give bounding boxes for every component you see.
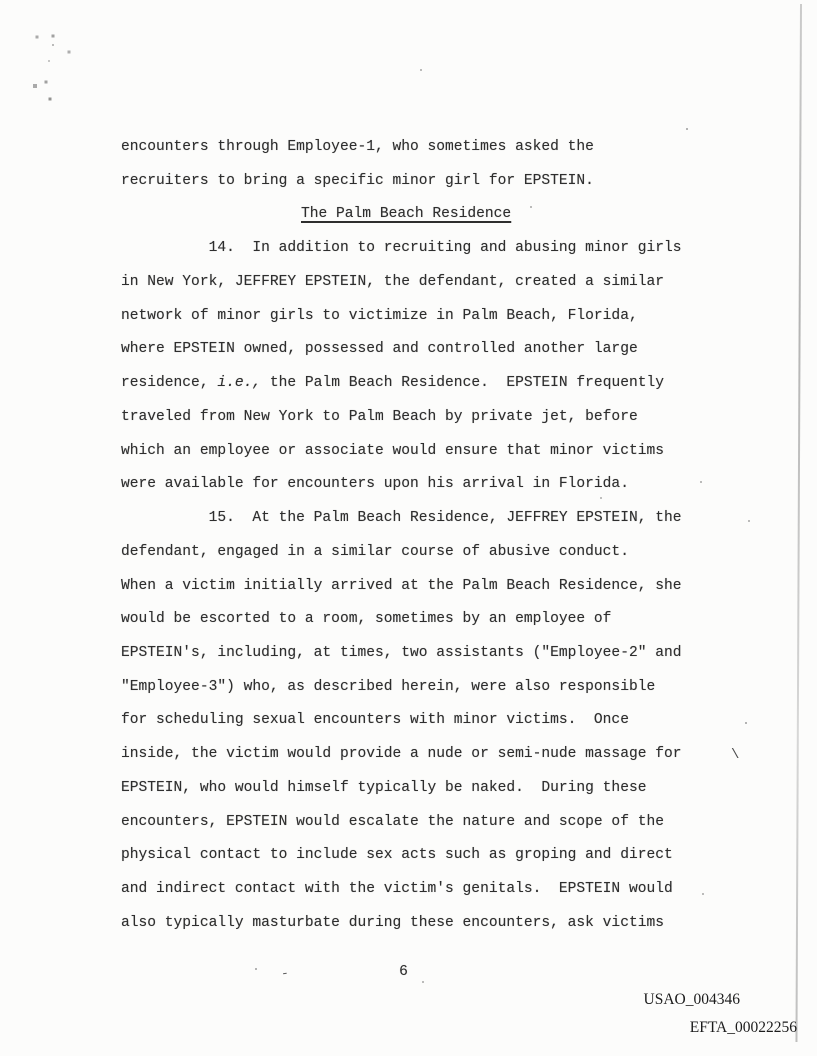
document-line: where EPSTEIN owned, possessed and contr… bbox=[121, 333, 682, 367]
scanned-document-page: \ encounters through Employee-1, who som… bbox=[0, 0, 817, 1056]
bates-number-efta: EFTA_00022256 bbox=[690, 1019, 797, 1037]
section-heading: The Palm Beach Residence bbox=[301, 206, 511, 222]
line-segment-italic: i.e., bbox=[217, 375, 261, 391]
document-line: physical contact to include sex acts suc… bbox=[121, 839, 682, 873]
section-heading-row: The Palm Beach Residence bbox=[121, 198, 682, 232]
line-segment: residence, bbox=[121, 375, 217, 391]
document-line: residence, i.e., the Palm Beach Residenc… bbox=[121, 367, 682, 401]
document-line: would be escorted to a room, sometimes b… bbox=[121, 603, 682, 637]
document-line: encounters, EPSTEIN would escalate the n… bbox=[121, 806, 682, 840]
document-line: 14. In addition to recruiting and abusin… bbox=[121, 232, 682, 266]
document-line: in New York, JEFFREY EPSTEIN, the defend… bbox=[121, 266, 682, 300]
document-line: were available for encounters upon his a… bbox=[121, 468, 682, 502]
document-body: encounters through Employee-1, who somet… bbox=[121, 131, 682, 941]
document-line: encounters through Employee-1, who somet… bbox=[121, 131, 682, 165]
document-line: "Employee-3") who, as described herein, … bbox=[121, 671, 682, 705]
scan-specks bbox=[0, 0, 2, 2]
document-line: recruiters to bring a specific minor gir… bbox=[121, 165, 682, 199]
bates-number-usao: USAO_004346 bbox=[644, 991, 740, 1009]
document-line: traveled from New York to Palm Beach by … bbox=[121, 401, 682, 435]
document-line: for scheduling sexual encounters with mi… bbox=[121, 704, 682, 738]
line-segment: the Palm Beach Residence. EPSTEIN freque… bbox=[261, 375, 664, 391]
document-line: inside, the victim would provide a nude … bbox=[121, 738, 682, 772]
document-line: EPSTEIN, who would himself typically be … bbox=[121, 772, 682, 806]
scan-edge-line bbox=[795, 4, 802, 1042]
document-line: also typically masturbate during these e… bbox=[121, 907, 682, 941]
document-line: When a victim initially arrived at the P… bbox=[121, 570, 682, 604]
scan-slash-mark: \ bbox=[731, 747, 739, 763]
document-line: and indirect contact with the victim's g… bbox=[121, 873, 682, 907]
document-line: which an employee or associate would ens… bbox=[121, 435, 682, 469]
document-line: network of minor girls to victimize in P… bbox=[121, 300, 682, 334]
page-number: 6 bbox=[0, 962, 812, 982]
document-line: defendant, engaged in a similar course o… bbox=[121, 536, 682, 570]
document-line: EPSTEIN's, including, at times, two assi… bbox=[121, 637, 682, 671]
document-line: 15. At the Palm Beach Residence, JEFFREY… bbox=[121, 502, 682, 536]
